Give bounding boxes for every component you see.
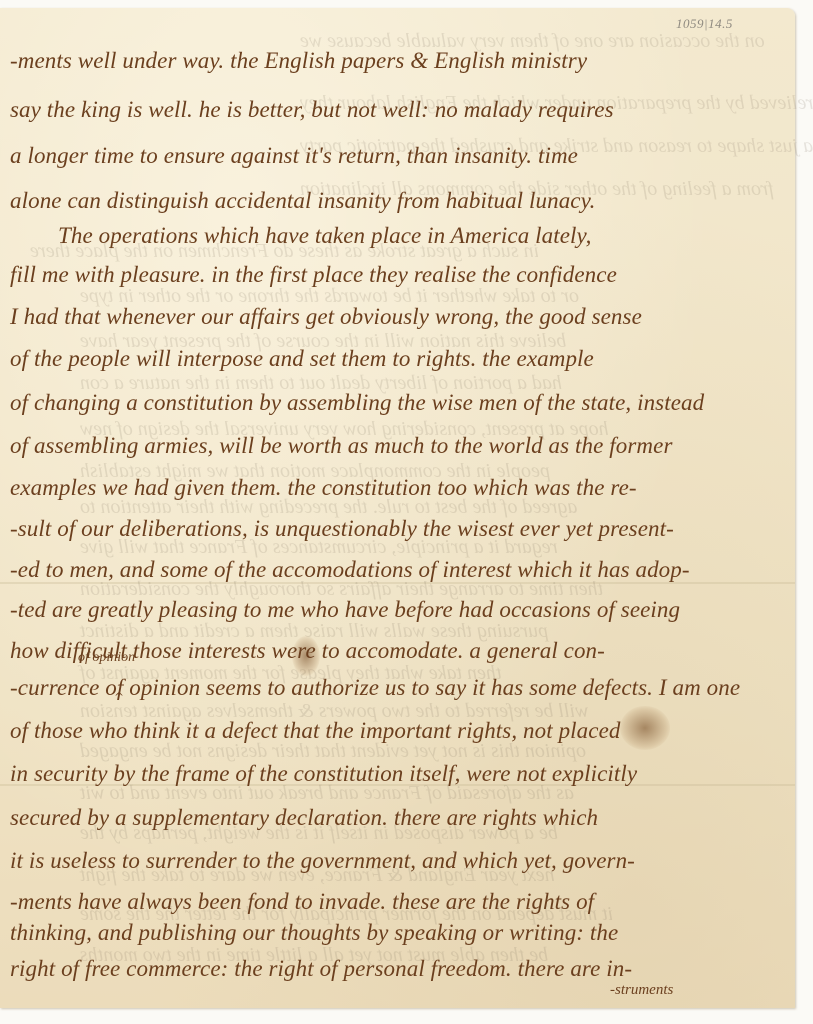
text-line: The operations which have taken place in… <box>58 223 591 249</box>
text-line: -ed to men, and some of the accomodation… <box>10 557 690 583</box>
text-line: examples we had given them. the constitu… <box>10 475 637 501</box>
text-line: alone can distinguish accidental insanit… <box>10 188 596 214</box>
text-line: -ments well under way. the English paper… <box>10 48 587 74</box>
text-line: I had that whenever our affairs get obvi… <box>10 304 642 330</box>
text-line: secured by a supplementary declaration. … <box>10 805 598 831</box>
text-line: of the people will interpose and set the… <box>10 346 594 372</box>
text-line: of changing a constitution by assembling… <box>10 390 704 416</box>
interlinear-insertion: of opinion <box>78 650 135 666</box>
text-line: thinking, and publishing our thoughts by… <box>10 920 618 946</box>
text-line: right of free commerce: the right of per… <box>10 956 632 982</box>
text-line: -ments have always been fond to invade. … <box>10 889 594 915</box>
ink-blot <box>620 706 670 750</box>
text-line: it is useless to surrender to the govern… <box>10 848 635 874</box>
text-line: -ted are greatly pleasing to me who have… <box>10 597 680 623</box>
insertion-caret: ^ <box>114 690 124 704</box>
text-line: fill me with pleasure. in the first plac… <box>10 262 617 288</box>
text-line: say the king is well. he is better, but … <box>10 97 614 123</box>
catchword: -struments <box>610 982 673 999</box>
text-line: of those who think it a defect that the … <box>10 718 621 744</box>
text-line: -sult of our deliberations, is unquestio… <box>10 516 674 542</box>
text-line: in security by the frame of the constitu… <box>10 761 637 787</box>
text-line: a longer time to ensure against it's ret… <box>10 143 578 169</box>
text-line: of assembling armies, will be worth as m… <box>10 433 673 459</box>
